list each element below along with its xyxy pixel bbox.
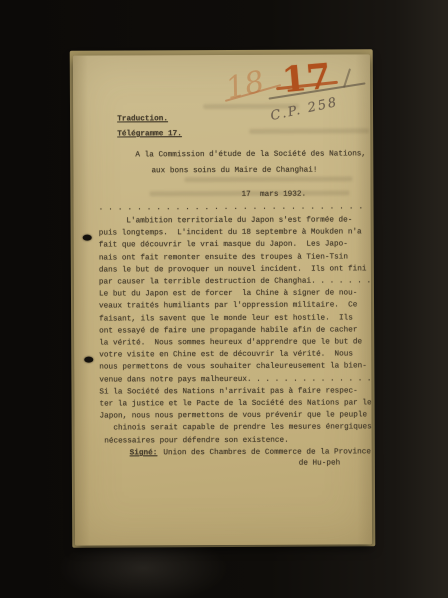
document-photo: Traduction. Télégramme 17. A la Commissi… <box>0 0 448 598</box>
signature-text: Union des Chambres de Commerce de la Pro… <box>163 448 371 457</box>
body-line: venue dans notre pays malheureux. . . . … <box>99 373 371 386</box>
body-line: L'ambition territoriale du Japon s'est f… <box>99 214 371 227</box>
body-line: faisant, ils savent que le monde leur es… <box>99 312 371 325</box>
body-line: dans le but de provoquer un nouvel incid… <box>99 263 371 276</box>
body-line: veaux traités humiliants par l'oppressio… <box>99 300 371 313</box>
body-line: Le but du Japon est de forcer la Chine à… <box>99 288 371 301</box>
dotted-separator: . . . . . . . . . . . . . . . . . . . . … <box>99 201 364 214</box>
document-date: 17 mars 1932. <box>242 189 307 201</box>
address-line: A la Commission d'étude de la Société de… <box>135 148 366 161</box>
body-line: votre visite en Chine est de découvrir l… <box>99 349 371 362</box>
carbon-ghost-smudge <box>184 176 352 182</box>
body-line: nécessaires pour défendre son existence. <box>100 434 372 447</box>
body-paragraph: L'ambition territoriale du Japon s'est f… <box>99 214 372 447</box>
body-line: nous permettons de vous souhaiter chaleu… <box>99 361 371 374</box>
punch-hole-top <box>83 235 92 241</box>
translation-label: Traduction. <box>117 113 168 125</box>
body-line: ont essayé de faire une propagande habil… <box>99 324 371 337</box>
signature-label: Signé: <box>130 449 158 457</box>
body-line: fait que découvrir le vrai masque du Jap… <box>99 239 371 252</box>
punch-hole-bottom <box>84 357 93 363</box>
body-line: puis longtemps. L'incident du 18 septemb… <box>99 227 371 240</box>
body-line: la vérité. Nous sommes heureux d'apprend… <box>99 336 371 349</box>
carbon-ghost-smudge <box>249 128 369 134</box>
signature-province: de Hu-peh <box>299 457 341 469</box>
body-line: nais ont fait remonter ensuite des troup… <box>99 251 371 264</box>
telegram-number-label: Télégramme 17. <box>117 128 182 140</box>
body-line: Japon, nous nous permettons de vous prév… <box>99 410 371 423</box>
body-line: par causer la terrible destruction de Ch… <box>99 275 371 288</box>
body-line: chinois serait capable de prendre les me… <box>100 422 372 435</box>
body-line: Si la Société des Nations n'arrivait pas… <box>99 385 371 398</box>
address-line: aux bons soins du Maire de Changhai! <box>151 165 317 178</box>
body-line: ter la justice et le Pacte de la Société… <box>99 397 371 410</box>
paper-sheet: Traduction. Télégramme 17. A la Commissi… <box>73 54 372 545</box>
